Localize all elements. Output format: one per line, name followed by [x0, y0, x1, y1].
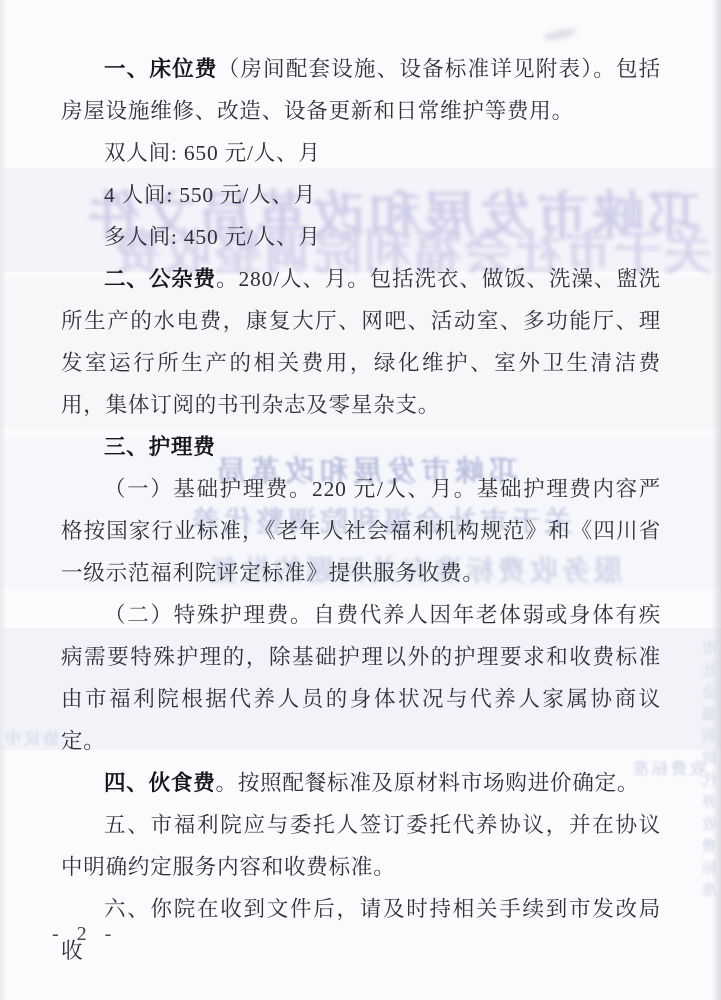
price-four-person-room-text: 4 人间: 550 元/人、月	[104, 183, 316, 207]
paragraph-procedures: 六、你院在收到文件后，请及时持相关手续到市发改局收	[61, 888, 661, 972]
pencil-smudge	[542, 27, 577, 43]
paragraph-meal-fee: 四、伙食费。按照配餐标准及原材料市场购进价确定。	[61, 762, 661, 804]
paragraph-agreement-text: 五、市福利院应与委托人签订委托代养协议，并在协议中明确约定服务内容和收费标准。	[61, 813, 661, 879]
paragraph-nursing-fee-head: 三、护理费	[61, 426, 661, 468]
price-double-room-text: 双人间: 650 元/人、月	[104, 141, 321, 165]
page-edge-shadow-left	[0, 0, 6, 1000]
section-head-utilities-fee: 二、公杂费	[104, 267, 216, 291]
section-head-bed-fee: 一、床位费	[104, 57, 218, 81]
paragraph-special-nursing-fee: （二）特殊护理费。自费代养人因年老体弱或身体有疾病需要特殊护理的，除基础护理以外…	[61, 594, 661, 762]
page-number: - 2 -	[52, 923, 115, 946]
paragraph-special-nursing-fee-text: （二）特殊护理费。自费代养人因年老体弱或身体有疾病需要特殊护理的，除基础护理以外…	[61, 603, 661, 753]
price-line-double-room: 双人间: 650 元/人、月	[61, 132, 661, 174]
paragraph-meal-fee-text: 。按照配餐标准及原材料市场购进价确定。	[216, 771, 640, 795]
page-edge-shadow-right	[712, 0, 721, 1000]
section-head-nursing-fee: 三、护理费	[104, 435, 216, 459]
paragraph-procedures-text: 六、你院在收到文件后，请及时持相关手续到市发改局收	[61, 897, 661, 963]
price-line-multi-person-room: 多人间: 450 元/人、月	[61, 216, 661, 258]
price-multi-person-room-text: 多人间: 450 元/人、月	[104, 225, 321, 249]
paragraph-agreement: 五、市福利院应与委托人签订委托代养协议，并在协议中明确约定服务内容和收费标准。	[61, 804, 661, 888]
paragraph-bed-fee: 一、床位费（房间配套设施、设备标准详见附表）。包括房屋设施维修、改造、设备更新和…	[61, 48, 661, 132]
document-page-body: 一、床位费（房间配套设施、设备标准详见附表）。包括房屋设施维修、改造、设备更新和…	[61, 48, 661, 972]
paragraph-basic-nursing-fee-text: （一）基础护理费。220 元/人、月。基础护理费内容严格按国家行业标准，《老年人…	[61, 477, 661, 585]
paragraph-utilities-fee: 二、公杂费。280/人、月。包括洗衣、做饭、洗澡、盥洗所生产的水电费，康复大厅、…	[61, 258, 661, 426]
price-line-four-person-room: 4 人间: 550 元/人、月	[61, 174, 661, 216]
section-head-meal-fee: 四、伙食费	[104, 771, 216, 795]
paragraph-basic-nursing-fee: （一）基础护理费。220 元/人、月。基础护理费内容严格按国家行业标准，《老年人…	[61, 468, 661, 594]
bleedthrough-fragment-left: 协议中	[2, 726, 59, 749]
